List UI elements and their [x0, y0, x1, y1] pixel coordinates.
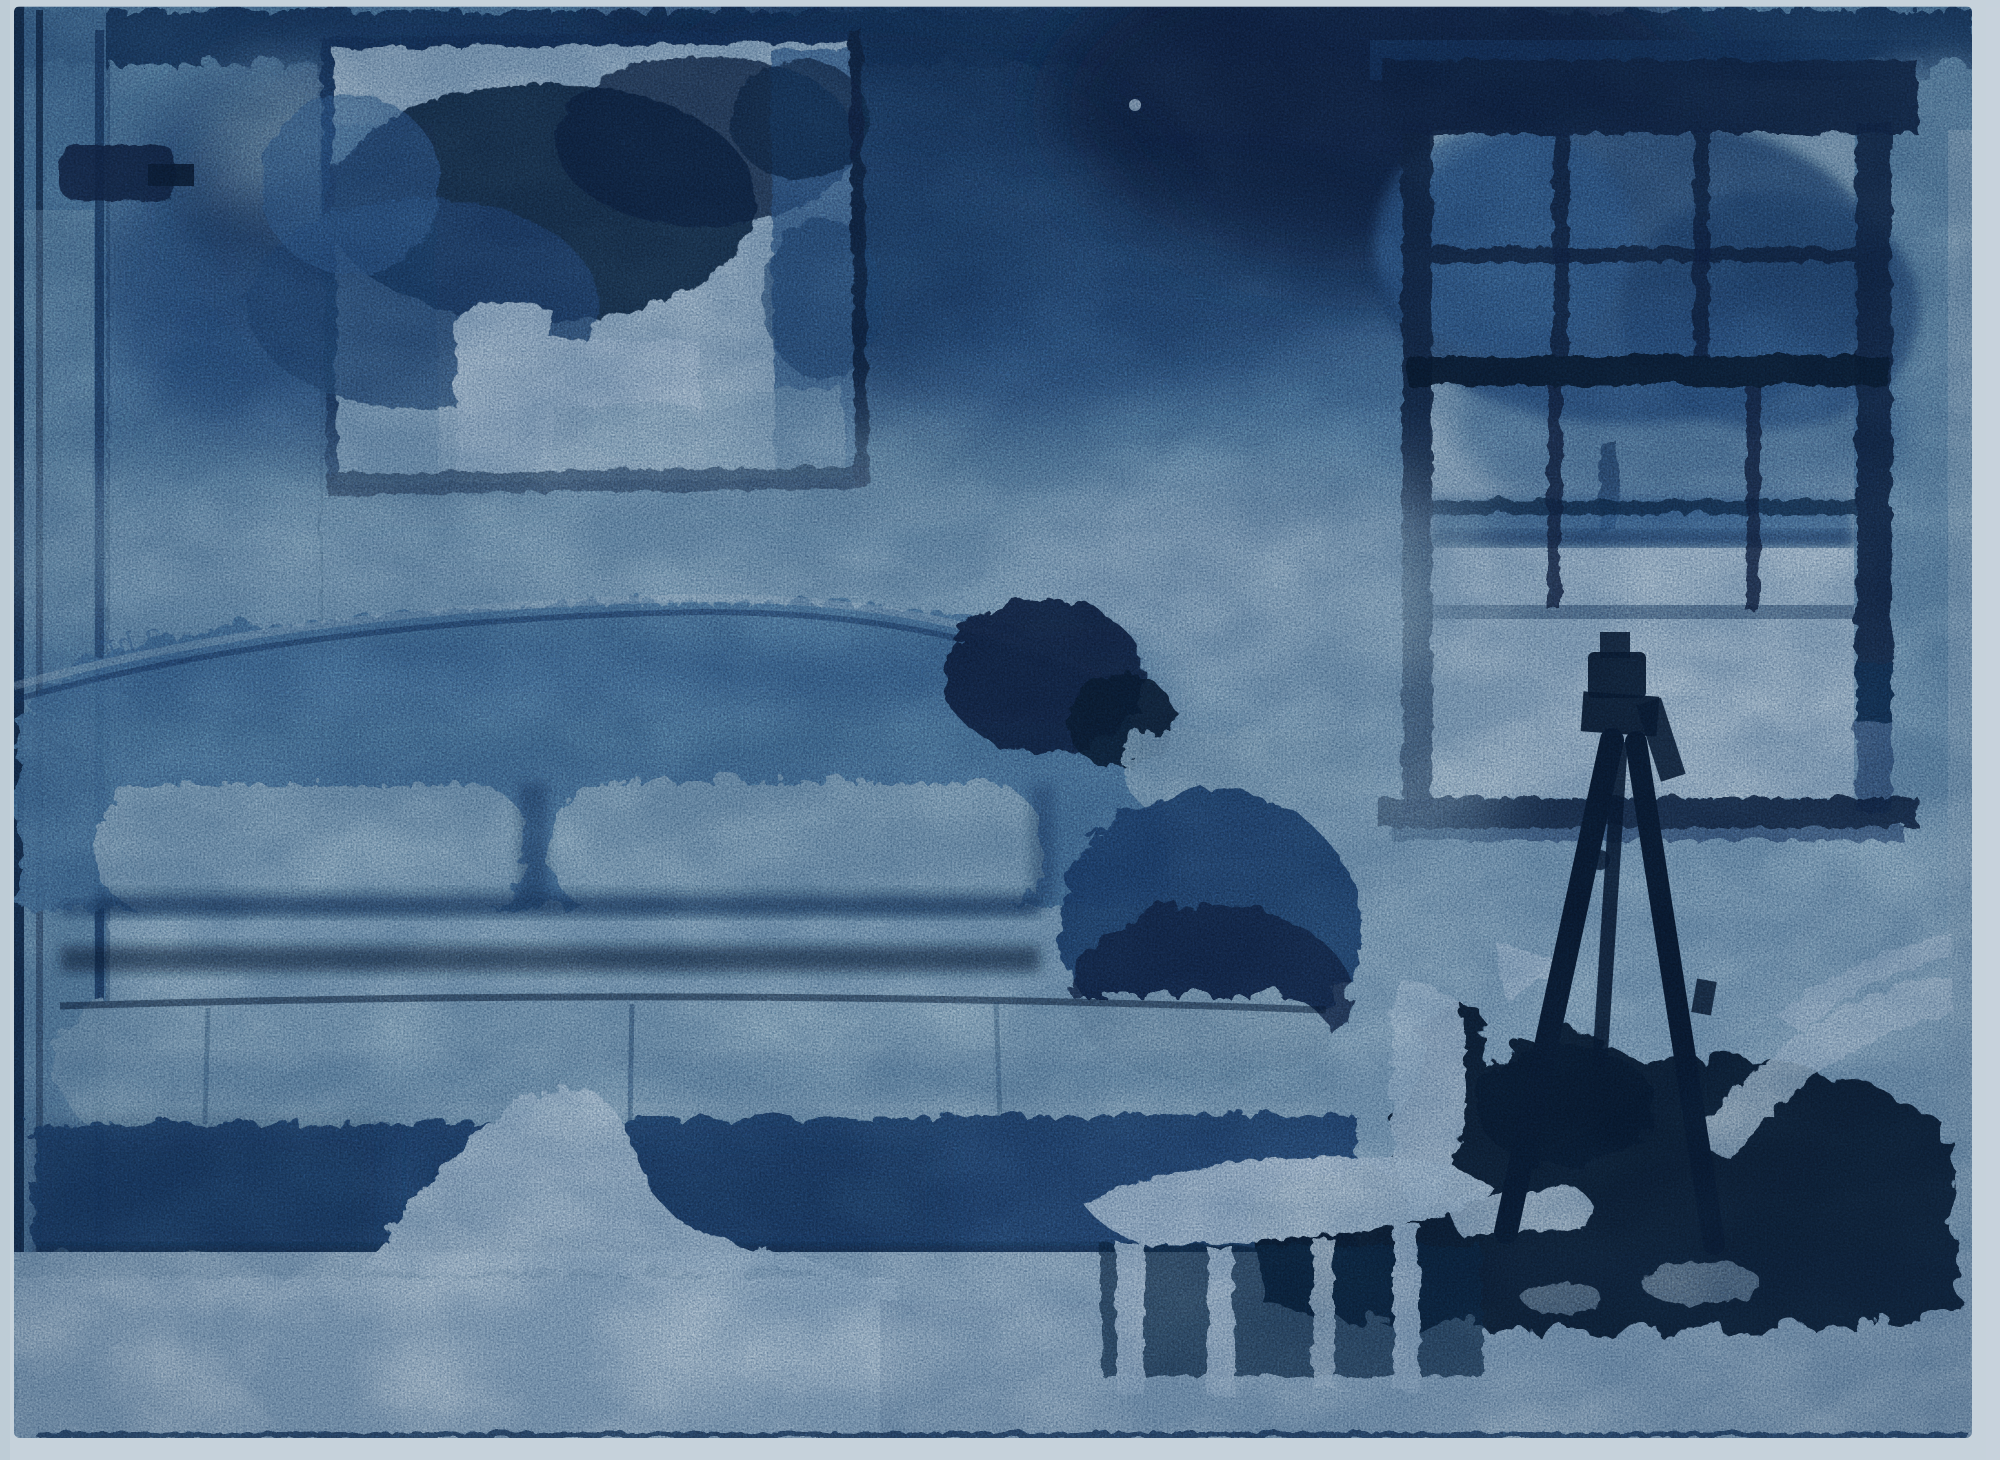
- vignette: [14, 6, 1972, 1438]
- print-area: 2 hr stool: [0, 0, 1988, 1438]
- print-canvas: 2 hr stool: [0, 0, 2000, 1460]
- cyanotype-print: 2 hr stool: [0, 0, 2000, 1460]
